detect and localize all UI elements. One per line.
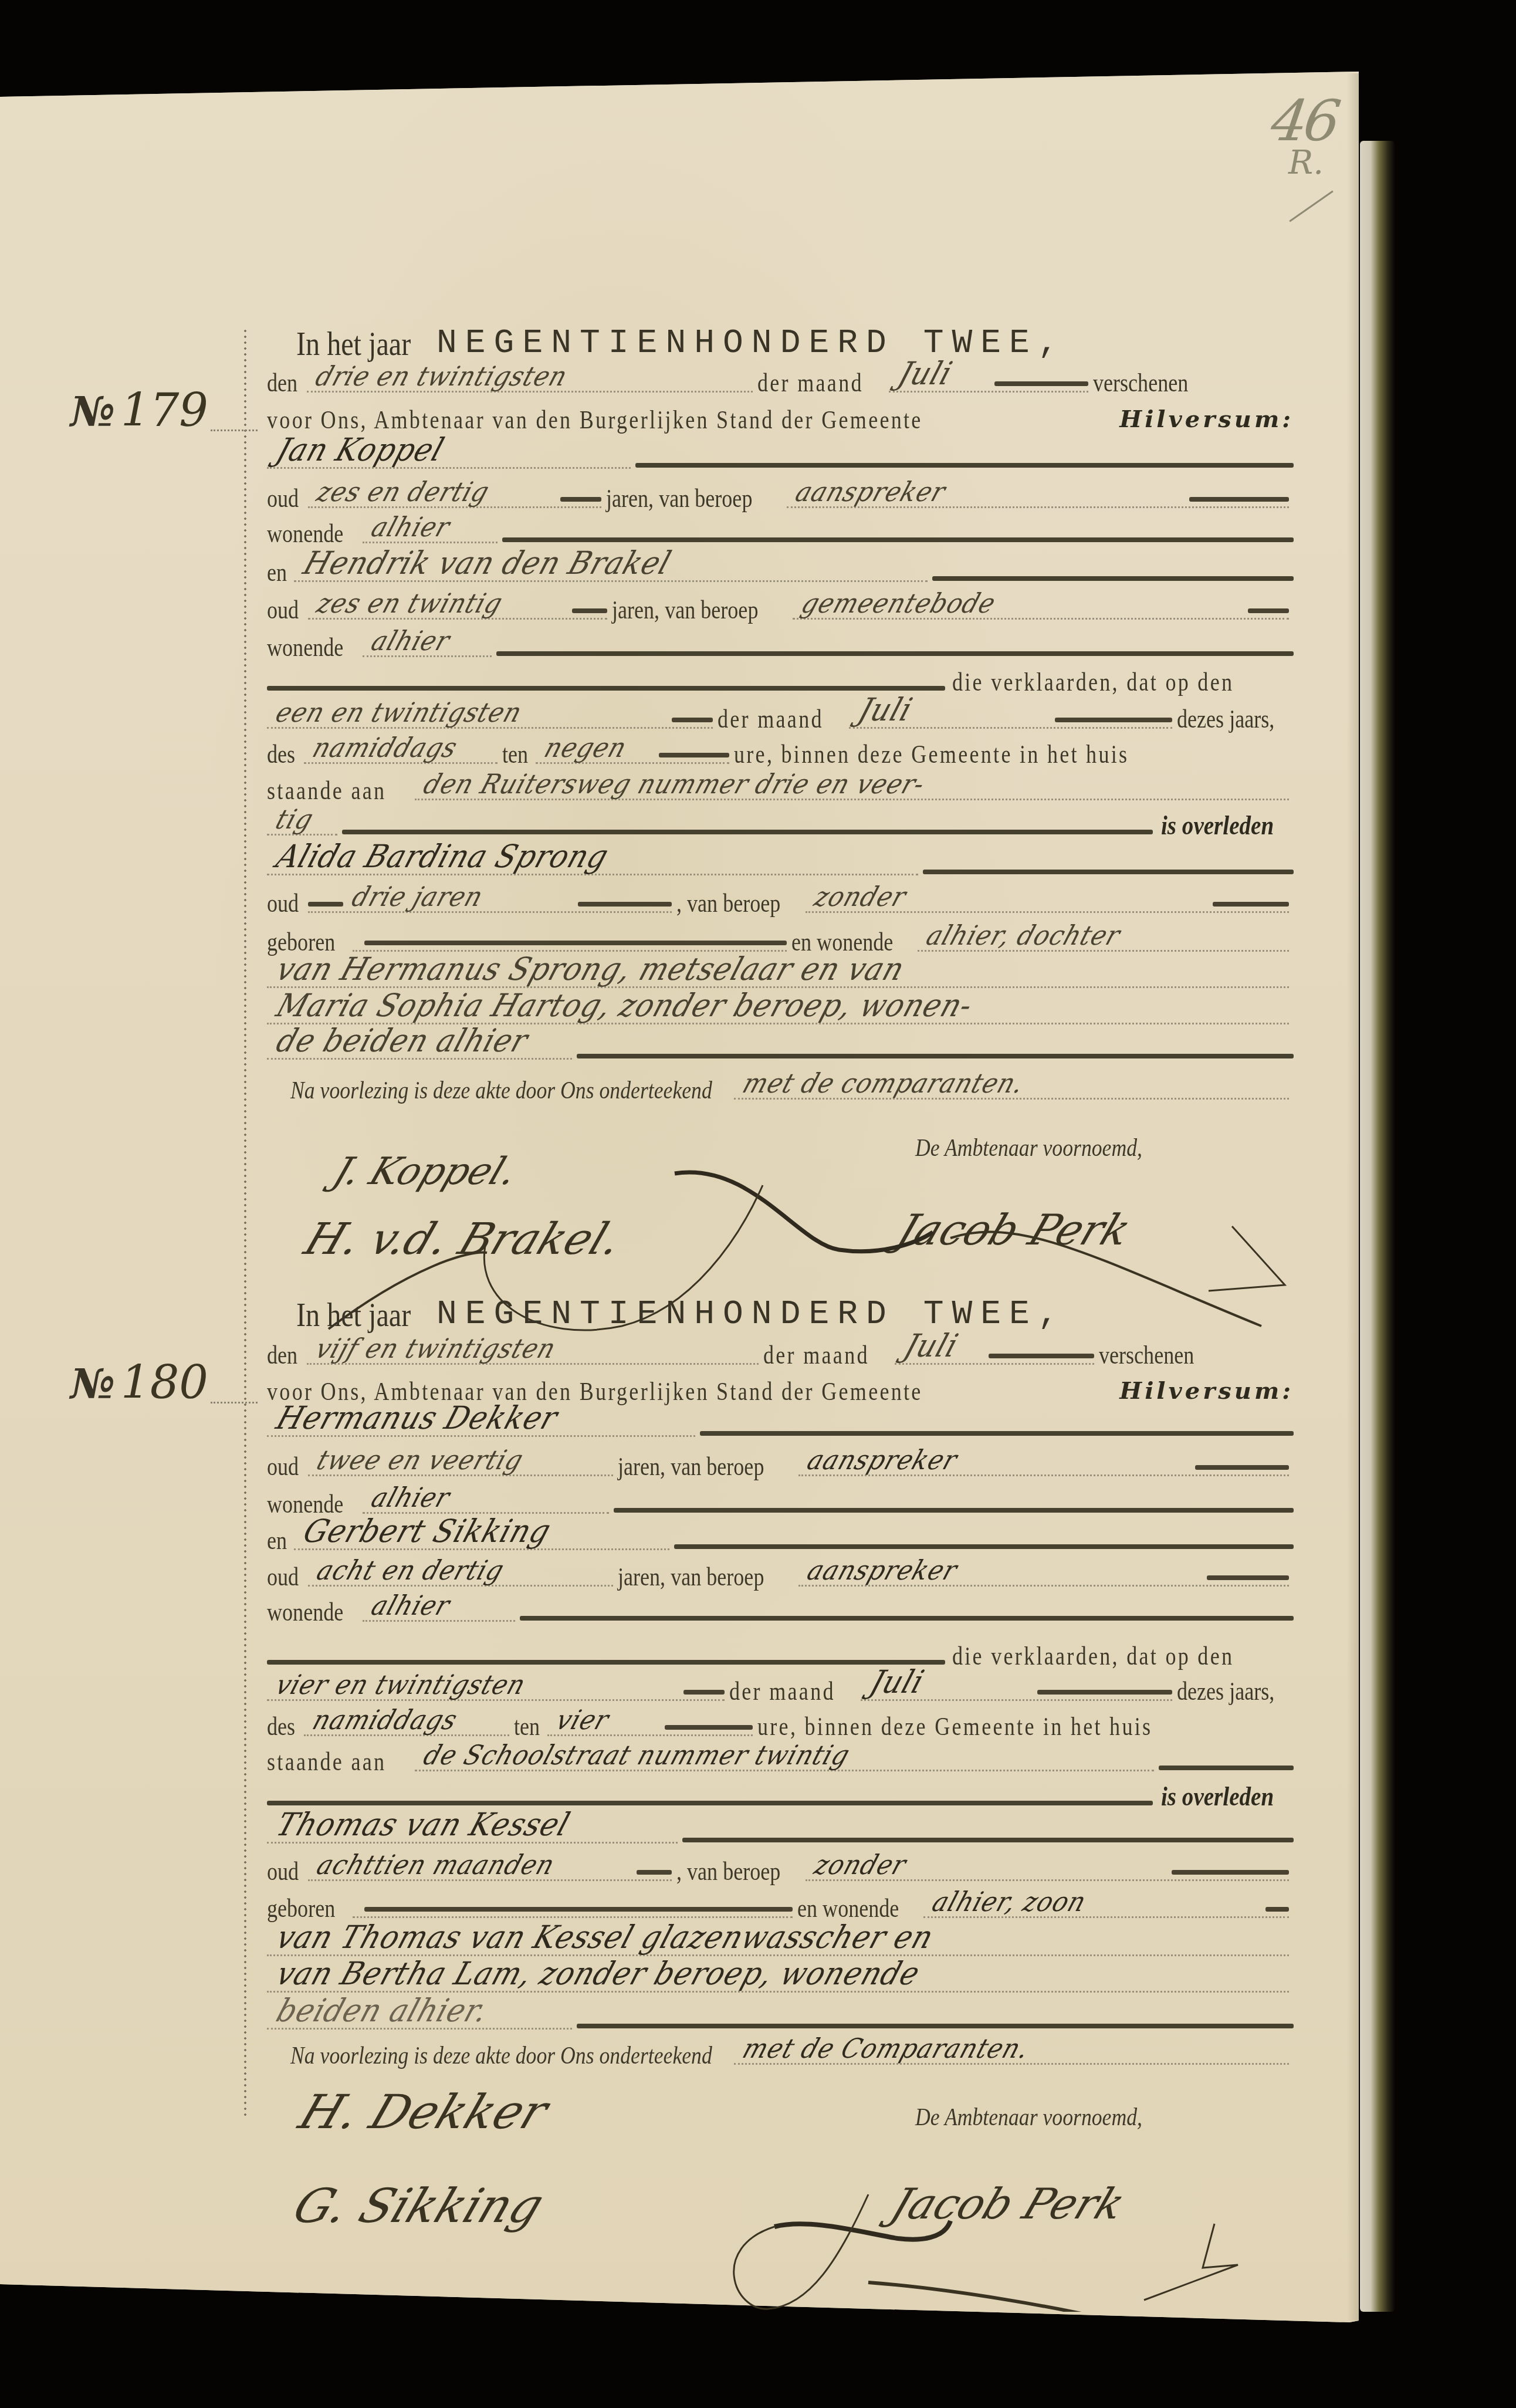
entry-number-180: № 180 [70,1357,258,1409]
row-official: voor Ons, Ambtenaar van den Burgerlijken… [267,398,1294,433]
row-death-date: vier en twintigsten der maand Juli dezes… [267,1669,1294,1704]
entry-title: In het jaar NEGENTIENHONDERD TWEE, [267,326,1294,361]
field-informant1-occupation: aanspreker [787,474,1289,508]
row-informant2-age: oud acht en dertig jaren, van beroep aan… [267,1555,1294,1590]
label-die-verklaarden: die verklaarden, dat op den [952,1643,1234,1669]
field-parents-4: de beiden alhier [267,1025,572,1060]
field-informant1-age: twee en veertig [308,1442,613,1476]
field-deceased-occupation: zonder [806,878,1289,913]
row-informant2-name: en Hendrik van den Brakel [267,550,1294,586]
filler-line [1207,1575,1289,1580]
label-jaren-beroep: jaren, van beroep [618,1564,764,1590]
value-death-day: een en twintigsten [267,699,526,727]
filler-line [635,463,1294,468]
row-parents-4: de beiden alhier [267,1028,1294,1063]
municipality: Hilversum: [1119,405,1294,433]
row-date-declared: den drie en twintigsten der maand Juli v… [267,361,1294,396]
field-month: Juli [889,358,1088,393]
value-death-month: Juli [849,694,916,727]
label-verschenen: verschenen [1093,370,1188,396]
filler-line [577,2024,1294,2028]
row-informant2-residence: wonende alhier [267,625,1294,661]
field-residence: alhier, zoon [923,1883,1289,1918]
row-deceased-age: oud drie jaren , van beroep zonder [267,881,1294,916]
filler-line [674,1544,1294,1549]
value-informant1-occupation: aanspreker [798,1446,961,1474]
perforation-line [243,329,248,2118]
label-oud: oud [267,891,299,916]
label-wonende: wonende [267,635,343,661]
folio-number: 46 R. [1261,88,1344,170]
value-address: de Schoolstraat nummer twintig [415,1741,853,1770]
row-deceased-age: oud achttien maanden , van beroep zonder [267,1849,1294,1885]
field-parents-4: beiden alhier. [267,1995,572,2030]
row-informant1-residence: wonende alhier [267,1482,1294,1517]
row-is-overleden: is overleden [267,1775,1294,1810]
value-informant2-residence: alhier [363,627,454,655]
filler-line [932,576,1294,581]
signature-flourish [616,2112,1349,2312]
field-informant1-occupation: aanspreker [798,1442,1289,1476]
filler-line [342,830,1153,834]
row-na-voorlezing: Na voorlezing is deze akte door Ons onde… [267,1068,1294,1103]
value-parents-4: beiden alhier. [267,1995,492,2028]
label-staande-aan: staande aan [267,1749,386,1775]
row-parents-3: van Bertha Lam, zonder beroep, wonende [267,1961,1294,1996]
value-hour: negen [536,734,630,762]
filler-line [502,537,1294,542]
field-month: Juli [895,1330,1094,1365]
value-parents-4: de beiden alhier [267,1025,532,1058]
field-address: den Ruitersweg nummer drie en veer- [415,766,1289,800]
label-is-overleden: is overleden [1161,1783,1274,1810]
field-day: vijf en twintigsten [307,1330,759,1365]
field-informant2-age: zes en twintig [308,585,607,620]
filler-line [572,608,607,613]
value-deceased-age: drie jaren [343,883,486,911]
field-informant2-occupation: gemeentebode [793,585,1289,620]
value-informant1-occupation: aanspreker [787,478,949,506]
value-address: den Ruitersweg nummer drie en veer- [415,770,928,799]
value-parents-3: Maria Sophia Hartog, zonder beroep, wone… [267,990,977,1023]
field-informant1-name: Jan Koppel [267,434,631,469]
signature-informant1: H. Dekker [293,2089,554,2136]
dotted-line [211,1402,258,1403]
label-van-beroep: , van beroep [676,1859,780,1885]
field-informant2-name: Gerbert Sikking [294,1516,669,1550]
field-deceased-name: Alida Bardina Sprong [267,841,918,875]
value-informant2-residence: alhier [363,1592,454,1620]
label-voor-ons: voor Ons, Ambtenaar van den Burgerlijken… [267,407,923,433]
field-informant2-residence: alhier [363,1587,515,1622]
row-informant1-age: oud zes en dertig jaren, van beroep aans… [267,476,1294,512]
label-die-verklaarden: die verklaarden, dat op den [952,669,1234,695]
value-parents-3: van Bertha Lam, zonder beroep, wonende [267,1958,924,1991]
field-informant2-age: acht en dertig [308,1552,613,1587]
filler-line [496,651,1294,656]
row-address: staande aan de Schoolstraat nummer twint… [267,1740,1294,1775]
label-der-maand: der maand [763,1342,869,1368]
page-stack-edge [1360,141,1395,2312]
value-month: Juli [895,1330,962,1363]
row-na-voorlezing: Na voorlezing is deze akte door Ons onde… [267,2033,1294,2068]
label-oud: oud [267,1454,299,1480]
row-birthplace: geboren en wonende alhier, dochter [267,920,1294,955]
entry-number-179: № 179 [70,384,258,437]
field-parents-2: van Thomas van Kessel glazenwasscher en [267,1922,1289,1956]
label-ure: ure, binnen deze Gemeente in het huis [757,1714,1152,1740]
label-ure: ure, binnen deze Gemeente in het huis [734,742,1129,767]
row-informant2-name: en Gerbert Sikking [267,1518,1294,1554]
value-hour: vier [547,1706,613,1734]
filler-line [308,902,343,907]
filler-line [1265,1907,1289,1912]
row-informant1-name: Jan Koppel [267,437,1294,472]
title-prefix: In het jaar [296,328,411,361]
label-ten: ten [502,742,528,767]
value-informant1-residence: alhier [363,1484,454,1512]
value-informant2-name: Gerbert Sikking [294,1516,555,1548]
value-informant1-name: Hermanus Dekker [267,1402,561,1435]
label-oud: oud [267,597,299,623]
filler-line [1159,1766,1294,1770]
filler-line [1055,718,1172,722]
value-deceased-occupation: zonder [806,1851,910,1879]
row-parents-4: beiden alhier. [267,1998,1294,2033]
filler-line [682,1838,1294,1842]
label-na-voorlezing: Na voorlezing is deze akte door Ons onde… [290,2044,712,2068]
filler-line [578,902,672,907]
field-residence: alhier, dochter [918,917,1289,952]
value-informant2-age: zes en twintig [308,590,506,618]
row-informant1-residence: wonende alhier [267,512,1294,547]
label-jaren-beroep: jaren, van beroep [618,1454,764,1480]
field-time-of-day: namiddags [304,1702,509,1736]
label-en: en [267,560,287,586]
label-der-maand: der maand [729,1679,835,1704]
field-day: drie en twintigsten [307,358,753,393]
field-birthplace [353,1883,793,1918]
row-date-declared: den vijf en twintigsten der maand Juli v… [267,1333,1294,1368]
field-informant1-age: zes en dertig [308,474,601,508]
row-death-date: een en twintigsten der maand Juli dezes … [267,697,1294,732]
entry-title: In het jaar NEGENTIENHONDERD TWEE, [267,1297,1294,1332]
row-is-overleden: tig is overleden [267,804,1294,839]
field-death-month: Juli [861,1666,1172,1701]
filler-line [659,753,729,757]
row-informant2-residence: wonende alhier [267,1590,1294,1625]
label-oud: oud [267,1564,299,1590]
title-year: NEGENTIENHONDERD TWEE, [436,1298,1067,1332]
signature-informant2: G. Sikking [287,2183,550,2230]
filler-line [520,1616,1294,1621]
label-na-voorlezing: Na voorlezing is deze akte door Ons onde… [290,1078,712,1103]
row-deceased: Alida Bardina Sprong [267,844,1294,879]
label-staande-aan: staande aan [267,778,386,804]
label-wonende: wonende [267,1599,343,1625]
filler-line [700,1431,1294,1436]
municipality: Hilversum: [1119,1377,1294,1405]
page-edge-shadow [1347,73,1359,2321]
row-deceased: Thomas van Kessel [267,1812,1294,1847]
field-informant2-name: Hendrik van den Brakel [294,547,928,582]
value-birthplace [353,1915,358,1916]
filler-line [683,1690,725,1695]
value-informant1-age: twee en veertig [308,1446,527,1474]
field-death-month: Juli [849,694,1172,729]
field-parents-3: Maria Sophia Hartog, zonder beroep, wone… [267,990,1289,1024]
label-der-maand: der maand [757,370,864,396]
value-informant1-age: zes en dertig [308,478,493,506]
label-en-wonende: en wonende [797,1896,899,1922]
value-informant2-occupation: aanspreker [798,1557,961,1585]
value-deceased-occupation: zonder [806,883,910,911]
row-die-verklaarden: die verklaarden, dat op den [267,660,1294,695]
numero-icon: № [70,1359,115,1408]
filler-line [267,686,945,691]
title-year: NEGENTIENHONDERD TWEE, [436,327,1067,361]
filler-line [637,1870,672,1875]
field-address: de Schoolstraat nummer twintig [415,1737,1154,1771]
filler-line [1172,1870,1289,1875]
value-parents-2: van Hermanus Sprong, metselaar en van [267,953,908,986]
filler-line [1195,1465,1289,1470]
label-den: den [267,1342,297,1368]
value-residence: alhier, zoon [923,1888,1089,1916]
filler-line [1037,1690,1172,1695]
filler-line [1248,608,1289,613]
field-signed-with: met de Comparanten. [734,2030,1289,2065]
filler-line [577,1054,1294,1058]
label-oud: oud [267,486,299,512]
field-informant1-residence: alhier [363,509,498,543]
field-parents-3: van Bertha Lam, zonder beroep, wonende [267,1958,1289,1993]
folio-letter: R. [1288,144,1324,182]
field-informant2-residence: alhier [363,623,492,657]
label-van-beroep: , van beroep [676,891,780,916]
value-informant2-age: acht en dertig [308,1557,507,1585]
value-informant1-residence: alhier [363,513,454,542]
value-day: drie en twintigsten [307,363,571,391]
value-deceased-name: Alida Bardina Sprong [267,841,613,874]
value-informant2-name: Hendrik van den Brakel [294,547,675,580]
row-death-time: des namiddags ten negen ure, binnen deze… [267,732,1294,767]
field-address-cont: tig [267,801,337,836]
row-address: staande aan den Ruitersweg nummer drie e… [267,769,1294,804]
filler-line [994,381,1088,386]
label-verschenen: verschenen [1099,1342,1194,1368]
value-time-of-day: namiddags [304,734,461,762]
numero-icon: № [70,387,115,436]
field-hour: vier [547,1702,753,1736]
entry-number-value: 180 [121,1357,208,1409]
value-signed-with: met de comparanten. [734,1070,1028,1098]
row-death-time: des namiddags ten vier ure, binnen deze … [267,1704,1294,1740]
label-jaren-beroep: jaren, van beroep [612,597,758,623]
value-informant2-occupation: gemeentebode [793,590,999,618]
value-parents-2: van Thomas van Kessel glazenwasscher en [267,1922,938,1954]
value-time-of-day: namiddags [304,1706,461,1734]
filler-line [267,1660,945,1665]
dotted-line [211,429,258,431]
label-wonende: wonende [267,521,343,547]
filler-line [1213,902,1289,907]
field-death-day: een en twintigsten [267,694,713,729]
field-informant2-occupation: aanspreker [798,1552,1289,1587]
value-deceased-name: Thomas van Kessel [267,1809,574,1842]
field-informant1-residence: alhier [363,1479,609,1514]
title-prefix: In het jaar [296,1299,411,1332]
row-parents-2: van Thomas van Kessel glazenwasscher en [267,1925,1294,1960]
field-deceased-name: Thomas van Kessel [267,1809,678,1844]
entry-number-value: 179 [121,384,208,437]
field-informant1-name: Hermanus Dekker [267,1402,695,1437]
filler-line [267,1801,1153,1805]
label-ten: ten [514,1714,540,1740]
label-is-overleden: is overleden [1161,812,1274,839]
value-month: Juli [889,358,956,391]
row-informant1-age: oud twee en veertig jaren, van beroep aa… [267,1445,1294,1480]
label-dezes-jaars: dezes jaars, [1177,1679,1274,1704]
field-birthplace [353,917,787,952]
label-dezes-jaars: dezes jaars, [1177,706,1274,732]
field-time-of-day: namiddags [304,729,498,764]
field-signed-with: met de comparanten. [734,1065,1289,1100]
label-en: en [267,1528,287,1554]
filler-line [560,497,601,502]
field-deceased-age: drie jaren [308,878,672,913]
value-informant1-name: Jan Koppel [267,434,448,467]
value-death-day: vier en twintigsten [267,1671,529,1699]
row-parents-2: van Hermanus Sprong, metselaar en van [267,956,1294,992]
filler-line [1189,497,1289,502]
label-den: den [267,370,297,396]
field-deceased-occupation: zonder [806,1846,1289,1881]
label-jaren-beroep: jaren, van beroep [606,486,752,512]
value-signed-with: met de Comparanten. [734,2035,1033,2063]
label-der-maand: der maand [718,706,824,732]
field-death-day: vier en twintigsten [267,1666,725,1701]
label-des: des [267,1714,295,1740]
value-birthplace [353,949,358,950]
row-informant1-name: Hermanus Dekker [267,1405,1294,1440]
row-die-verklaarden: die verklaarden, dat op den [267,1634,1294,1669]
value-deceased-age: achttien maanden [308,1851,558,1879]
field-parents-2: van Hermanus Sprong, metselaar en van [267,953,1289,988]
filler-line [672,718,713,722]
filler-line [614,1508,1294,1513]
value-address-cont: tig [267,806,317,834]
value-day: vijf en twintigsten [307,1335,559,1363]
filler-line [989,1354,1094,1358]
label-des: des [267,742,295,767]
filler-line [364,941,787,945]
row-informant2-age: oud zes en twintig jaren, van beroep gem… [267,588,1294,623]
row-birthplace: geboren en wonende alhier, zoon [267,1886,1294,1922]
field-hour: negen [536,729,729,764]
label-geboren: geboren [267,1896,335,1922]
label-oud: oud [267,1859,299,1885]
value-residence: alhier, dochter [918,922,1124,950]
value-death-month: Juli [861,1666,928,1699]
field-deceased-age: achttien maanden [308,1846,672,1881]
filler-line [923,870,1294,874]
filler-line [665,1725,753,1730]
filler-line [364,1907,793,1912]
